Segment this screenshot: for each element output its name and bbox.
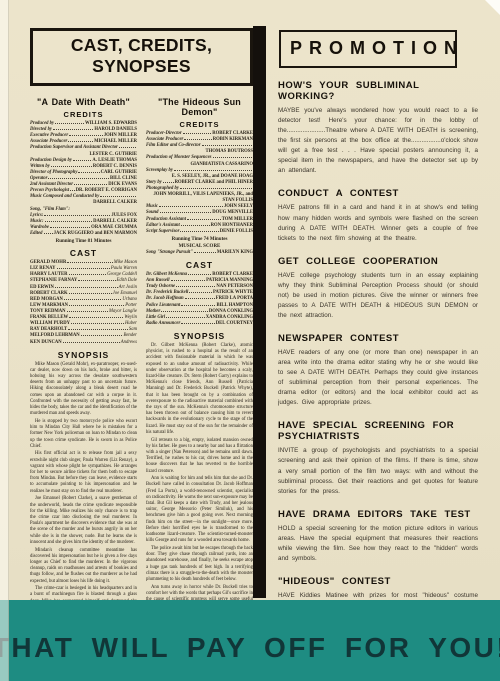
dotted-leader: [69, 305, 124, 306]
cast-heading: CAST: [30, 248, 137, 258]
dotted-leader: [51, 166, 92, 167]
synopsis-paragraph: Dr. Gilbert McKenna (Robert Clarke), ato…: [146, 343, 253, 436]
cast-character: Radio Announcer: [146, 321, 180, 327]
synopsis-paragraph: Ann turns away in horror while Dr. Bucke…: [146, 585, 253, 601]
dotted-leader: [181, 323, 214, 324]
promo-section: HAVE SPECIAL SCREENING FOR PSYCHIATRISTS…: [278, 420, 478, 496]
running-time: Running Time 74 Minutes: [146, 237, 253, 242]
promotion-sections: HOW'S YOUR SUBLIMINAL WORKING? MAYBE you…: [278, 80, 478, 598]
page-corner-fold: [485, 0, 500, 15]
promo-section-body: HOLD a special screening for the motion …: [278, 524, 478, 564]
credit-name: JOHN MORRILL, VILIS LAPENIEKS, JR., and …: [146, 192, 253, 204]
promo-section-heading: CONDUCT A CONTEST: [278, 188, 478, 199]
cast-credits-synopses-section: CAST, CREDITS, SYNOPSES "A Date With Dea…: [30, 28, 253, 601]
credit-name: GIANBIATISTA CASSARINO: [191, 162, 253, 168]
credit-name: ROBIN KIRKMAN: [213, 137, 253, 143]
promo-section-body: HAVE college psychology students turn in…: [278, 271, 478, 321]
dotted-leader: [67, 262, 112, 263]
dotted-leader: [48, 178, 109, 179]
credit-line: Film Editor and Co-director THOMAS BOUTR…: [146, 143, 253, 155]
synopsis-paragraph: He is stopped by two motorcycle police w…: [30, 419, 137, 450]
promo-section: "HIDEOUS" CONTEST HAVE Kiddies Matinee w…: [278, 576, 478, 598]
dotted-leader: [50, 227, 90, 228]
synopsis-paragraph: Joe Emanuel (Robert Clarke), a suave gen…: [30, 496, 137, 546]
credit-line: Edited JACK RUGGIERO and BEN MARMON: [30, 231, 137, 237]
dotted-leader: [44, 215, 110, 216]
promo-section: HAVE DRAMA EDITORS TAKE TEST HOLD a spec…: [278, 509, 478, 564]
cast-actor: KEN DUNCAN: [30, 340, 62, 346]
dotted-leader: [67, 311, 108, 312]
credit-name: THOMAS BOUTROSS: [205, 149, 253, 155]
dotted-leader: [69, 317, 123, 318]
credit-role: Edited: [30, 231, 43, 237]
synopsis-paragraph: Ann is waiting for him and tells him tha…: [146, 476, 253, 544]
promo-section-heading: HAVE DRAMA EDITORS TAKE TEST: [278, 509, 478, 520]
section-title: CAST, CREDITS, SYNOPSES: [71, 35, 212, 76]
promo-section: HOW'S YOUR SUBLIMINAL WORKING? MAYBE you…: [278, 80, 478, 176]
dotted-leader: [188, 274, 211, 275]
dotted-leader: [81, 335, 123, 336]
credit-line: Screenplay by E. S. SEELEY, JR., and DOA…: [146, 168, 253, 180]
dotted-leader: [63, 342, 120, 343]
dotted-leader: [69, 293, 112, 294]
dotted-leader: [163, 182, 174, 183]
dotted-leader: [68, 329, 128, 330]
cast-character: Andrews: [121, 340, 137, 346]
musical-score-heading: MUSICAL SCORE: [146, 244, 253, 249]
dotted-leader: [194, 252, 216, 253]
pressbook-page: CAST, CREDITS, SYNOPSES "A Date With Dea…: [0, 0, 500, 681]
dotted-leader: [184, 139, 211, 140]
synopsis-paragraph: Mike Mason (Gerald Mohr), ex-paratrooper…: [30, 362, 137, 418]
dotted-leader: [53, 129, 93, 130]
credit-line: Music Composed and Conducted by DARRELL …: [30, 194, 137, 206]
dotted-leader: [213, 157, 253, 158]
dotted-leader: [64, 299, 121, 300]
credits-list: Producer-Director ROBERT CLARKE Associat…: [146, 131, 253, 235]
dotted-leader: [185, 298, 215, 299]
credit-name: DARRELL CALKER: [93, 200, 137, 206]
credit-role: Screenplay by: [146, 168, 173, 174]
cast-list: Dr. Gilbert McKenna ROBERT CLARKE Ann Ru…: [146, 272, 253, 327]
promo-section-heading: GET COLLEGE COOPERATION: [278, 256, 478, 267]
dotted-leader: [100, 196, 136, 197]
cast-line: KEN DUNCAN Andrews: [30, 340, 137, 346]
credits-heading: CREDITS: [146, 120, 253, 129]
promo-section-heading: "HIDEOUS" CONTEST: [278, 576, 478, 587]
credit-role: Script Supervisor: [146, 229, 179, 235]
synopsis-heading: SYNOPSIS: [146, 331, 253, 341]
promo-section: CONDUCT A CONTEST HAVE patrons fill in a…: [278, 188, 478, 243]
synopsis-paragraph: His first official act is to release fro…: [30, 451, 137, 494]
dotted-leader: [78, 172, 99, 173]
promotion-title: PROMOTION: [290, 38, 464, 58]
promo-section-body: HAVE readers of any one (or more than on…: [278, 348, 478, 408]
dotted-leader: [183, 133, 212, 134]
column-divider-bar: [253, 26, 266, 598]
dotted-leader: [180, 231, 218, 232]
credits-list: Produced by WILLIAM S. EDWARDS Directed …: [30, 121, 137, 237]
credit-role: Song "Strange Pursuit": [146, 250, 193, 256]
film-title: "The Hideous Sun Demon": [146, 97, 253, 117]
film-columns: "A Date With Death" CREDITS Produced by …: [30, 95, 253, 601]
credits-heading: CREDITS: [30, 110, 137, 119]
dotted-leader: [187, 219, 221, 220]
promo-section-heading: NEWSPAPER CONTEST: [278, 333, 478, 344]
synopsis-heading: SYNOPSIS: [30, 350, 137, 360]
dotted-leader: [180, 188, 252, 189]
page-binding-edge: [0, 0, 9, 681]
dotted-leader: [174, 170, 252, 171]
dotted-leader: [166, 317, 205, 318]
dotted-leader: [45, 221, 93, 222]
dotted-leader: [71, 323, 124, 324]
cast-actor: DEL COURTNEY: [216, 321, 253, 327]
credit-name: MARILYN KING: [217, 250, 253, 256]
promo-section-body: HAVE Kiddies Matinee with prizes for mos…: [278, 591, 478, 598]
dotted-leader: [73, 160, 91, 161]
promo-section-heading: HOW'S YOUR SUBLIMINAL WORKING?: [278, 80, 478, 102]
synopsis-paragraph: The police await him but he escapes thro…: [146, 546, 253, 583]
dotted-leader: [176, 286, 215, 287]
promotion-title-box: PROMOTION: [279, 30, 457, 68]
dotted-leader: [160, 212, 212, 213]
synopsis-text: Dr. Gilbert McKenna (Robert Clarke), ato…: [146, 343, 253, 601]
promotion-section: PROMOTION HOW'S YOUR SUBLIMINAL WORKING?…: [278, 30, 478, 598]
cast-list: GERALD MOHR Mike Mason LIZ RENAY Paula W…: [30, 260, 137, 346]
dotted-leader: [171, 280, 206, 281]
film-column-a-date-with-death: "A Date With Death" CREDITS Produced by …: [30, 95, 137, 601]
dotted-leader: [78, 280, 115, 281]
dotted-leader: [44, 233, 53, 234]
dotted-leader: [57, 268, 110, 269]
dotted-leader: [69, 274, 107, 275]
song-credit-line: Song "Strange Pursuit" MARILYN KING: [146, 250, 253, 256]
credit-line: Photographed by JOHN MORRILL, VILIS LAPE…: [146, 186, 253, 204]
cast-line: Radio Announcer DEL COURTNEY: [146, 321, 253, 327]
dotted-leader: [68, 141, 93, 142]
synopsis-paragraph: Mindan's cleanup committee meantime has …: [30, 548, 137, 585]
promo-section-body: HAVE patrons fill in a card and hand it …: [278, 203, 478, 243]
dotted-leader: [119, 147, 136, 148]
promo-section: NEWSPAPER CONTEST HAVE readers of any on…: [278, 333, 478, 408]
promo-section: GET COLLEGE COOPERATION HAVE college psy…: [278, 256, 478, 321]
credit-line: Production of Monster Sequences GIANBIAT…: [146, 155, 253, 167]
credit-role: Film Editor and Co-director: [146, 143, 201, 149]
synopsis-paragraph: The crime-czar is besieged in his headqu…: [30, 586, 137, 601]
payoff-banner-text: THAT WILL PAY OFF FOR YOU!: [0, 618, 500, 664]
synopsis-text: Mike Mason (Gerald Mohr), ex-paratrooper…: [30, 362, 137, 601]
synopsis-paragraph: Gil retreats to a big, empty, isolated m…: [146, 438, 253, 475]
dotted-leader: [161, 311, 208, 312]
dotted-leader: [55, 123, 84, 124]
running-time: Running Time 81 Minutes: [30, 239, 137, 244]
film-column-hideous-sun-demon: "The Hideous Sun Demon" CREDITS Producer…: [146, 95, 253, 601]
promo-section-heading: HAVE SPECIAL SCREENING FOR PSYCHIATRISTS: [278, 420, 478, 442]
credit-line: Production Supervisor and Assistant Dire…: [30, 145, 137, 157]
promo-section-body: INVITE a group of psychologists and psyc…: [278, 446, 478, 496]
credit-line: Script Supervisor DENIE FOLLIS: [146, 229, 253, 235]
dotted-leader: [69, 135, 103, 136]
dotted-leader: [181, 225, 210, 226]
payoff-banner: THAT WILL PAY OFF FOR YOU!: [0, 600, 500, 681]
dotted-leader: [202, 145, 252, 146]
dotted-leader: [181, 305, 215, 306]
promo-section-body: MAYBE you've always wondered how you wou…: [278, 106, 478, 176]
credit-name: ROBERT CLARKE and PHIL HINER: [175, 180, 253, 186]
section-title-box: CAST, CREDITS, SYNOPSES: [30, 28, 253, 86]
dotted-leader: [159, 206, 223, 207]
credit-name: DENIE FOLLIS: [220, 229, 253, 235]
dotted-leader: [189, 292, 212, 293]
credit-role: Music Composed and Conducted by: [30, 194, 99, 200]
dotted-leader: [55, 287, 118, 288]
cast-heading: CAST: [146, 260, 253, 270]
film-title: "A Date With Death": [30, 97, 137, 107]
credit-name: JACK RUGGIERO and BEN MARMON: [54, 231, 137, 237]
dotted-leader: [70, 190, 74, 191]
dotted-leader: [74, 184, 107, 185]
